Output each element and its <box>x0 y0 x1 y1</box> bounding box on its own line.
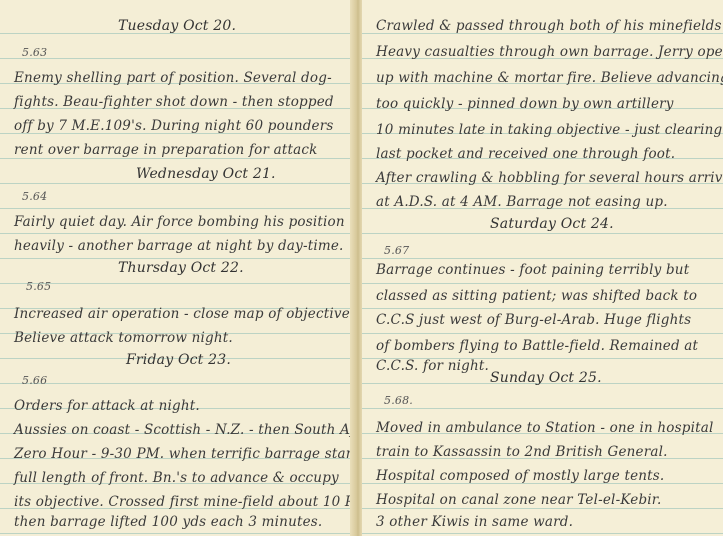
entry-line: Moved in ambulance to Station - one in h… <box>376 420 713 436</box>
entry-line: Enemy shelling part of position. Several… <box>14 70 332 86</box>
entry-line: too quickly - pinned down by own artille… <box>376 96 674 112</box>
entry-date: Thursday Oct 22. <box>118 260 244 276</box>
entry-line: of bombers flying to Battle-field. Remai… <box>376 338 698 354</box>
entry-number: 5.63 <box>22 46 47 59</box>
entry-line: Aussies on coast - Scottish - N.Z. - the… <box>14 422 356 438</box>
entry-line: Barrage continues - foot paining terribl… <box>376 262 689 278</box>
entry-line: rent over barrage in preparation for att… <box>14 142 318 158</box>
entry-line: 10 minutes late in taking objective - ju… <box>376 122 722 138</box>
entry-date: Wednesday Oct 21. <box>136 166 276 182</box>
entry-line: at A.D.S. at 4 AM. Barrage not easing up… <box>376 194 668 210</box>
entry-line: Orders for attack at night. <box>14 398 200 414</box>
entry-line: heavily - another barrage at night by da… <box>14 238 344 254</box>
entry-date: Saturday Oct 24. <box>490 216 614 232</box>
entry-line: Heavy casualties through own barrage. Je… <box>376 44 723 60</box>
entry-number: 5.66 <box>22 374 47 387</box>
right-page: Crawled & passed through both of his min… <box>362 0 723 536</box>
entry-line: up with machine & mortar fire. Believe a… <box>376 70 723 86</box>
entry-line: its objective. Crossed first mine-field … <box>14 494 356 510</box>
entry-line: C.C.S just west of Burg-el-Arab. Huge fl… <box>376 312 691 328</box>
entry-line: classed as sitting patient; was shifted … <box>376 288 697 304</box>
entry-date: Friday Oct 23. <box>126 352 231 368</box>
entry-line: last pocket and received one through foo… <box>376 146 675 162</box>
entry-line: 3 other Kiwis in same ward. <box>376 514 573 530</box>
entry-line: Hospital on canal zone near Tel-el-Kebir… <box>376 492 661 508</box>
entry-line: Believe attack tomorrow night. <box>14 330 233 346</box>
entry-line: Zero Hour - 9-30 PM. when terrific barra… <box>14 446 356 462</box>
entry-number: 5.68. <box>384 394 413 407</box>
entry-number: 5.67 <box>384 244 409 257</box>
entry-line: train to Kassassin to 2nd British Genera… <box>376 444 668 460</box>
entry-line: Hospital composed of mostly large tents. <box>376 468 664 484</box>
entry-line: fights. Beau-fighter shot down - then st… <box>14 94 334 110</box>
entry-line: full length of front. Bn.'s to advance &… <box>14 470 339 486</box>
entry-line: then barrage lifted 100 yds each 3 minut… <box>14 514 322 530</box>
entry-line: C.C.S. for night. <box>376 358 489 374</box>
entry-line: Crawled & passed through both of his min… <box>376 18 722 34</box>
entry-number: 5.65 <box>26 280 51 293</box>
left-page: Tuesday Oct 20. 5.63 Enemy shelling part… <box>0 0 356 536</box>
entry-line: Fairly quiet day. Air force bombing his … <box>14 214 345 230</box>
entry-number: 5.64 <box>22 190 47 203</box>
entry-line: After crawling & hobbling for several ho… <box>376 170 723 186</box>
notebook-spread: Tuesday Oct 20. 5.63 Enemy shelling part… <box>0 0 723 536</box>
entry-date: Tuesday Oct 20. <box>118 18 236 34</box>
entry-line: off by 7 M.E.109's. During night 60 poun… <box>14 118 334 134</box>
entry-date: Sunday Oct 25. <box>490 370 602 386</box>
entry-line: Increased air operation - close map of o… <box>14 306 350 322</box>
